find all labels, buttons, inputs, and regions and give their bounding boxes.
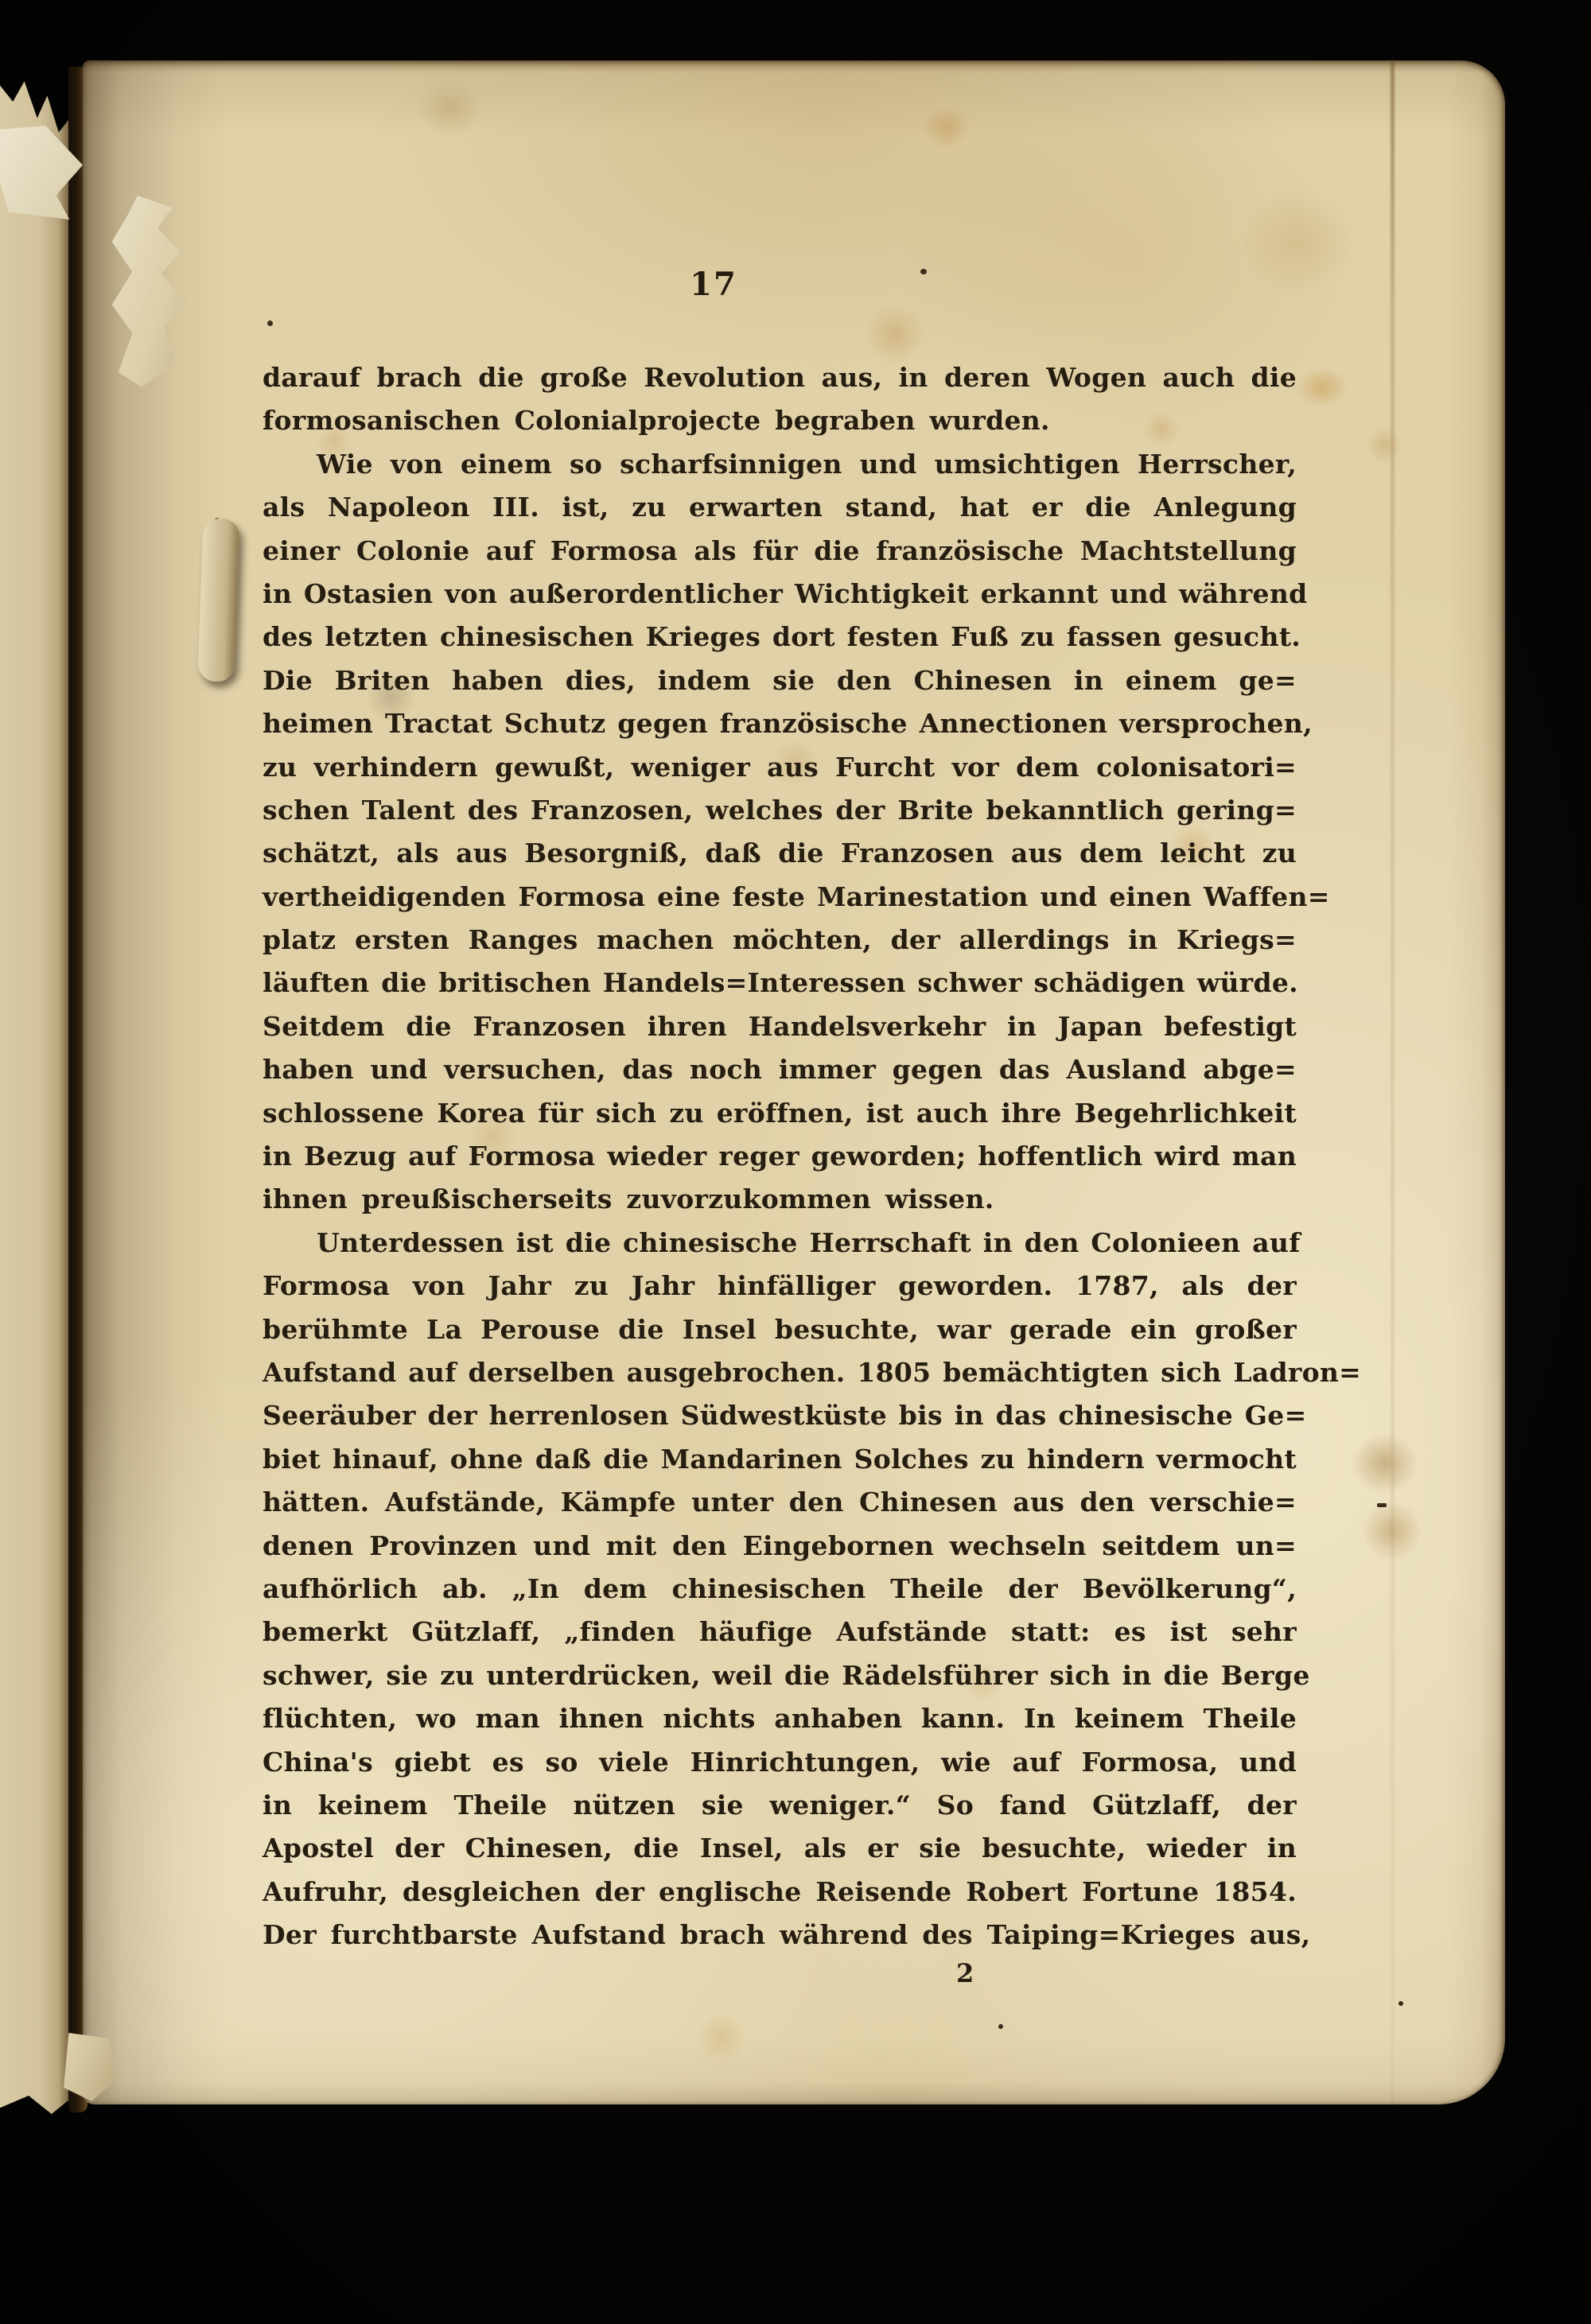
- text-line: in keinem Theile nützen sie weniger.“ So…: [263, 1784, 1297, 1827]
- text-line: Der furchtbarste Aufstand brach während …: [263, 1914, 1297, 1957]
- text-line: in Bezug auf Formosa wieder reger geword…: [263, 1135, 1297, 1178]
- text-block: darauf brach die große Revolution aus, i…: [263, 356, 1297, 1957]
- text-line: aufhörlich ab. „In dem chinesischen Thei…: [263, 1568, 1297, 1611]
- text-line: Aufstand auf derselben ausgebrochen. 180…: [263, 1351, 1297, 1394]
- text-line: vertheidigenden Formosa eine feste Marin…: [263, 876, 1297, 919]
- ink-speck: [1398, 2001, 1403, 2006]
- text-line: als Napoleon III. ist, zu erwarten stand…: [263, 486, 1297, 529]
- fox-stain: [915, 99, 978, 155]
- text-line: zu verhindern gewußt, weniger aus Furcht…: [263, 746, 1297, 789]
- fox-stain: [1341, 1424, 1429, 1503]
- text-line: hätten. Aufstände, Kämpfe unter den Chin…: [263, 1481, 1297, 1524]
- text-line: läuften die britischen Handels=Interesse…: [263, 962, 1297, 1005]
- lines: darauf brach die große Revolution aus, i…: [263, 356, 1297, 1957]
- page-number: 17: [666, 266, 761, 303]
- text-line: schlossene Korea für sich zu eröffnen, i…: [263, 1092, 1297, 1135]
- signature-mark: 2: [956, 1958, 974, 1988]
- book-page: 17 darauf brach die große Revolution aus…: [83, 60, 1505, 2104]
- text-line: des letzten chinesischen Krieges dort fe…: [263, 616, 1297, 659]
- ink-speck: [920, 269, 927, 274]
- fox-stain: [1289, 362, 1356, 413]
- text-line: formosanischen Colonialprojecte begraben…: [263, 399, 1297, 442]
- fox-stain: [1360, 422, 1408, 469]
- text-line: heimen Tractat Schutz gegen französische…: [263, 702, 1297, 745]
- fox-stain: [406, 72, 493, 143]
- text-line: ihnen preußischerseits zuvorzukommen wis…: [263, 1178, 1297, 1221]
- adjacent-page-torn-edge: [0, 73, 72, 2114]
- book-scan: 17 darauf brach die große Revolution aus…: [0, 0, 1591, 2324]
- ink-speck: [1377, 1503, 1387, 1507]
- text-line: Die Briten haben dies, indem sie den Chi…: [263, 659, 1297, 702]
- ink-speck: [998, 2024, 1003, 2029]
- text-line: schätzt, als aus Besorgniß, daß die Fran…: [263, 832, 1297, 875]
- fox-stain: [688, 2004, 755, 2071]
- ink-speck: [267, 321, 273, 326]
- text-line: Seitdem die Franzosen ihren Handelsverke…: [263, 1005, 1297, 1048]
- text-line: einer Colonie auf Formosa als für die fr…: [263, 530, 1297, 573]
- binding-cord-fragment: [197, 518, 239, 682]
- text-line: denen Provinzen und mit den Eingebornen …: [263, 1525, 1297, 1568]
- text-line: platz ersten Ranges machen möchten, der …: [263, 919, 1297, 962]
- text-line: Seeräuber der herrenlosen Südwestküste b…: [263, 1394, 1297, 1437]
- text-line: schen Talent des Franzosen, welches der …: [263, 789, 1297, 832]
- vertical-crease: [1391, 60, 1395, 2104]
- text-line: bemerkt Gützlaff, „finden häufige Aufstä…: [263, 1611, 1297, 1654]
- text-line: flüchten, wo man ihnen nichts anhaben ka…: [263, 1697, 1297, 1740]
- text-line: haben und versuchen, das noch immer gege…: [263, 1048, 1297, 1091]
- text-line: Unterdessen ist die chinesische Herrscha…: [263, 1222, 1297, 1265]
- text-line: berühmte La Perouse die Insel besuchte, …: [263, 1308, 1297, 1351]
- text-line: darauf brach die große Revolution aus, i…: [263, 356, 1297, 399]
- text-line: schwer, sie zu unterdrücken, weil die Rä…: [263, 1654, 1297, 1697]
- text-line: Apostel der Chinesen, die Insel, als er …: [263, 1827, 1297, 1870]
- text-line: Aufruhr, desgleichen der englische Reise…: [263, 1871, 1297, 1914]
- fox-stain: [1225, 175, 1368, 310]
- text-line: Wie von einem so scharfsinnigen und umsi…: [263, 443, 1297, 486]
- text-line: biet hinauf, ohne daß die Mandarinen Sol…: [263, 1438, 1297, 1481]
- text-line: in Ostasien von außerordentlicher Wichti…: [263, 573, 1297, 616]
- text-line: Formosa von Jahr zu Jahr hinfälliger gew…: [263, 1265, 1297, 1308]
- text-line: China's giebt es so viele Hinrichtungen,…: [263, 1741, 1297, 1784]
